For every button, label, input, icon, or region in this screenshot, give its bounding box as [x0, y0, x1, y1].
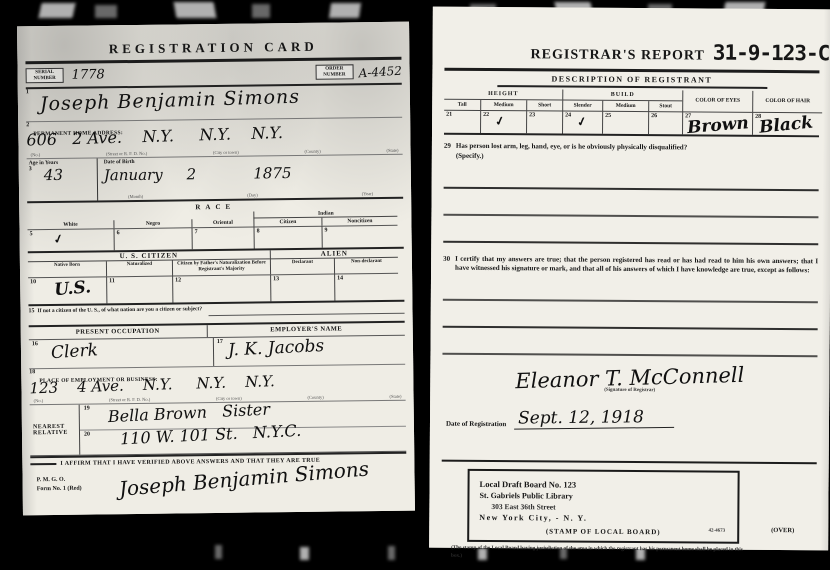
dob-value: January 2 1875 [104, 163, 397, 185]
box-number: 13 [273, 276, 279, 282]
date-label: Date of Registration [446, 420, 506, 428]
race-box-9: 9 [321, 225, 397, 248]
answer-line [443, 299, 818, 304]
spacer [192, 72, 316, 74]
signature-row: P. M. G. O. Form No. 1 (Red) Joseph Benj… [30, 466, 406, 513]
citizen-box-12: 12 [172, 274, 270, 302]
checkmark-icon: ✓ [575, 114, 588, 131]
box-24: 24 ✓ [562, 112, 602, 134]
stamp-of-local-board-label: (STAMP OF LOCAL BOARD) [479, 527, 727, 537]
box-number: 14 [337, 275, 343, 281]
nearest-relative-body: 19 Bella Brown Sister 20 110 W. 101 St. … [80, 400, 407, 454]
citizen-box-13: 13 [270, 273, 334, 301]
sublabel: (Day) [247, 192, 258, 197]
film-edge-mark [252, 4, 270, 18]
stamp-line: St. Gabriels Public Library [479, 491, 727, 502]
box-number: 22 [483, 112, 489, 118]
film-edge-mark [174, 2, 217, 18]
field-number: 17 [217, 338, 223, 344]
question-29-specify: (Specify.) [456, 152, 484, 160]
box-number: 24 [565, 113, 571, 119]
occupation-value: Clerk [50, 340, 98, 363]
field-number: 16 [32, 341, 38, 347]
employment-place-value: 123 4 Ave. N.Y. N.Y. N.Y. [29, 372, 275, 397]
short-label: Short [526, 100, 562, 111]
stamp-box-caption: (The stamp of the Local Board having jur… [451, 545, 751, 562]
film-edge-mark [388, 546, 395, 560]
medium-label: Medium [480, 100, 526, 111]
over-label: (OVER) [771, 527, 794, 534]
box-number: 25 [605, 113, 611, 119]
answer-line [443, 213, 818, 218]
box-number: 5 [30, 231, 33, 237]
stamp-line: Local Draft Board No. 123 [480, 479, 728, 491]
age-dob-row: Age in Years 3 43 Date of Birth January … [27, 155, 404, 204]
registrant-name-value: Joseph Benjamin Simons [40, 86, 301, 116]
registrar-signature: Eleanor T. McConnell [515, 363, 745, 393]
field-number: 19 [84, 405, 90, 411]
native-born-label: Native Born [28, 261, 106, 276]
stout-label: Stout [648, 101, 682, 112]
box-number: 8 [257, 228, 260, 234]
citizen-by-father-label: Citizen by Father's Naturalization Befor… [172, 259, 270, 275]
stamp-line: 303 East 36th Street [479, 502, 727, 513]
sublabel: (County) [304, 149, 320, 154]
question-29-text: Has person lost arm, leg, hand, eye, or … [456, 142, 687, 163]
citizenship-table: U. S. CITIZEN ALIEN Native Born Naturali… [28, 249, 405, 306]
sublabel: (State) [389, 393, 401, 398]
sublabel: (State) [386, 148, 398, 153]
stamp-line: New York City, - N. Y. [479, 513, 727, 524]
answer-line [442, 353, 817, 358]
employment-place-row: 18 PLACE OF EMPLOYMENT OR BUSINESS: 123 … [29, 364, 405, 405]
film-edge-mark [215, 545, 222, 559]
question-number: 29 [444, 142, 451, 162]
serial-number-label: SERIAL NUMBER [26, 68, 64, 84]
order-number-value: A-4452 [358, 63, 402, 80]
field-number: 20 [84, 431, 90, 437]
registrar-signature-block: Eleanor T. McConnell (Signature of Regis… [442, 359, 817, 406]
box-25: 25 [602, 112, 648, 134]
color-of-eyes-header: COLOR OF EYES [682, 90, 752, 112]
color-of-hair-header: COLOR OF HAIR [752, 91, 822, 113]
film-edge-mark [38, 3, 75, 18]
box-26: 26 [648, 112, 682, 134]
nearest-relative-row: NEAREST RELATIVE 19 Bella Brown Sister 2… [30, 400, 407, 456]
description-table: HEIGHT BUILD COLOR OF EYES COLOR OF HAIR… [444, 89, 819, 138]
race-box-5: 5 ✓ [28, 228, 114, 251]
build-header: BUILD [562, 90, 682, 102]
report-title-row: REGISTRAR'S REPORT 31-9-123-C [445, 39, 820, 66]
description-header: DESCRIPTION OF REGISTRANT [497, 71, 767, 89]
field-number: 3 [29, 166, 32, 172]
report-footer: 42-4673 (OVER) [708, 527, 794, 535]
box-number: 21 [446, 112, 452, 118]
box-number: 6 [117, 230, 120, 236]
eyes-color-value: Brown [686, 113, 749, 138]
box-28: 28 Black [752, 113, 822, 135]
box-number: 23 [529, 112, 535, 118]
line-decoration [30, 463, 56, 465]
employer-value: J. K. Jacobs [228, 336, 325, 361]
name-row: 1 Joseph Benjamin Simons [26, 85, 402, 123]
race-box-8: 8 [253, 226, 321, 249]
answer-line [443, 326, 818, 331]
checkmark-icon: ✓ [52, 231, 66, 248]
sublabel: (No.) [31, 152, 41, 157]
question-29: 29 Has person lost arm, leg, hand, eye, … [444, 142, 819, 164]
field-number: 18 [29, 369, 35, 375]
question-29-main: Has person lost arm, leg, hand, eye, or … [456, 142, 687, 152]
box-number: 10 [30, 279, 36, 285]
report-stamp-number: 31-9-123-C [713, 41, 830, 66]
sublabel: (City or town) [216, 395, 242, 400]
box-22: 22 ✓ [480, 111, 526, 133]
sublabel: (Street or R. F. D. No.) [106, 151, 147, 157]
citizen-box-10: 10 U.S. [28, 276, 106, 304]
box-number: 11 [109, 278, 115, 284]
dob-sublabels: (Month) (Day) (Year) [128, 191, 373, 199]
native-born-value: U.S. [53, 277, 91, 300]
citizen-box-11: 11 [106, 275, 172, 303]
slender-label: Slender [562, 101, 602, 112]
box-21: 21 [444, 111, 480, 133]
box-number: 12 [175, 277, 181, 283]
question-30: 30 I certify that my answers are true; t… [443, 254, 818, 276]
age-value: 43 [44, 166, 63, 184]
film-edge-mark [95, 5, 117, 18]
medium-label: Medium [602, 101, 648, 112]
answer-line [444, 186, 819, 191]
citizen-box-14: 14 [334, 272, 398, 300]
box-number: 9 [325, 228, 328, 234]
box-number: 7 [195, 229, 198, 235]
registrars-report-page: REGISTRAR'S REPORT 31-9-123-C DESCRIPTIO… [429, 7, 830, 551]
serial-number-value: 1778 [72, 66, 192, 82]
form-number: 42-4673 [708, 529, 725, 534]
sublabel: (County) [307, 394, 323, 399]
height-header: HEIGHT [444, 89, 562, 101]
hair-color-value: Black [758, 112, 814, 137]
box-27: 27 Brown [682, 112, 752, 134]
nearest-relative-label: NEAREST RELATIVE [30, 404, 81, 455]
field-number: 2 [26, 122, 29, 128]
employers-name-header: EMPLOYER'S NAME [208, 322, 405, 336]
local-board-stamp-box: Local Draft Board No. 123 St. Gabriels P… [467, 469, 740, 544]
occupation-cell: 16 Clerk [29, 338, 214, 368]
date-of-registration-row: Date of Registration Sept. 12, 1918 [442, 407, 817, 431]
answer-line [208, 303, 404, 315]
sublabel: (Month) [128, 194, 143, 199]
report-title: REGISTRAR'S REPORT [530, 47, 704, 64]
race-box-6: 6 [114, 227, 192, 250]
home-address-value: 606 2 Ave. N.Y. N.Y. N.Y. [26, 123, 283, 150]
employer-cell: 17 J. K. Jacobs [214, 335, 405, 365]
non-declarant-label: Non-declarant [334, 258, 398, 273]
field-number: 1 [26, 89, 29, 95]
order-number-label: ORDER NUMBER [315, 64, 353, 80]
sublabel: (No.) [34, 398, 44, 403]
race-table: Indian White Negro Oriental Citizen Nonc… [27, 210, 403, 254]
film-edge-mark [329, 3, 361, 18]
tall-label: Tall [444, 100, 480, 111]
label-line: RELATIVE [33, 429, 79, 436]
film-edge-mark [300, 547, 309, 560]
field-number: 15 [28, 308, 34, 314]
box-23: 23 [526, 111, 562, 133]
naturalized-label: Naturalized [106, 261, 172, 276]
sublabel: (Street or R. F. D. No.) [109, 396, 150, 402]
registration-card-page: REGISTRATION CARD SERIAL NUMBER 1778 ORD… [17, 22, 415, 516]
checkmark-icon: ✓ [493, 113, 506, 130]
sublabel: (City or town) [213, 150, 239, 155]
occupation-values-row: 16 Clerk 17 J. K. Jacobs [29, 335, 405, 369]
date-value: Sept. 12, 1918 [514, 407, 674, 430]
home-address-row: 2 PERMANENT HOME ADDRESS: 606 2 Ave. N.Y… [26, 118, 402, 160]
dob-cell: Date of Birth January 2 1875 (Month) (Da… [98, 155, 403, 201]
question-number: 30 [443, 254, 450, 274]
answer-line [443, 240, 818, 245]
question-30-text: I certify that my answers are true; that… [455, 254, 818, 276]
race-box-7: 7 [191, 227, 253, 250]
question-15-text: If not a citizen of the U. S., of what n… [37, 306, 202, 314]
divider [442, 460, 817, 465]
age-cell: Age in Years 3 43 [27, 158, 99, 201]
page-title: REGISTRATION CARD [25, 38, 401, 59]
sublabel: (Year) [362, 191, 373, 196]
present-occupation-header: PRESENT OCCUPATION [29, 325, 208, 339]
box-number: 26 [651, 113, 657, 119]
declarant-label: Declarant [270, 259, 334, 274]
